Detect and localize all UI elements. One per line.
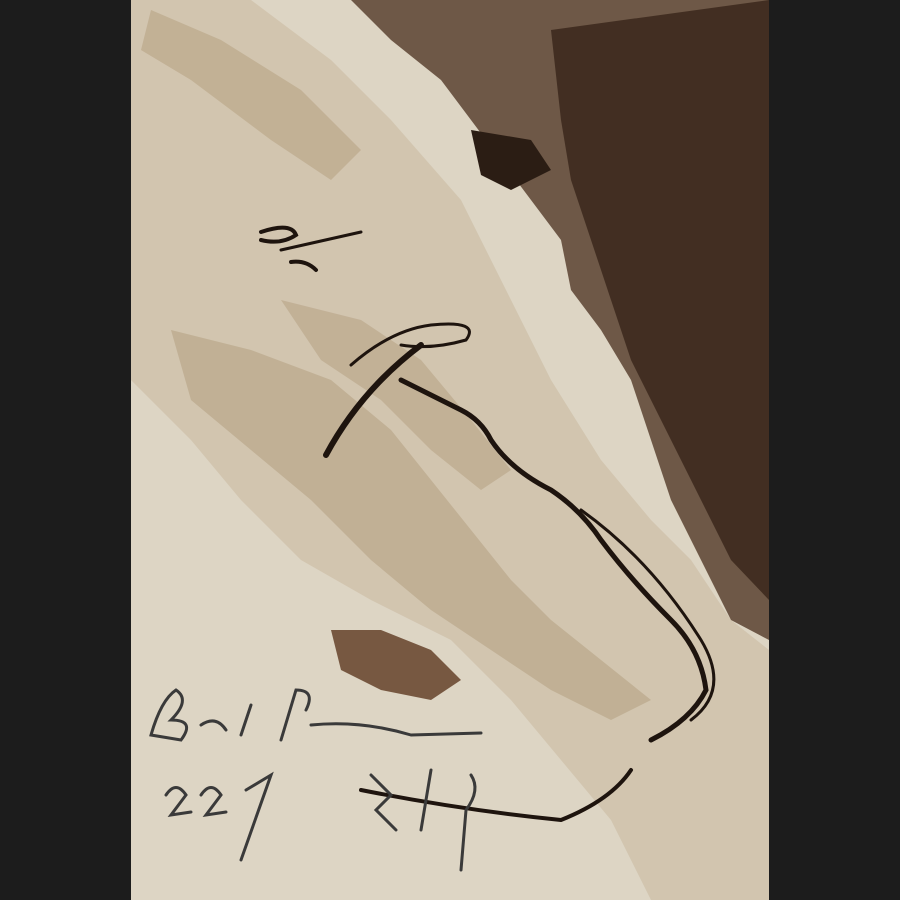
wash-drawing [131, 0, 769, 900]
paper-sheet [131, 0, 769, 900]
